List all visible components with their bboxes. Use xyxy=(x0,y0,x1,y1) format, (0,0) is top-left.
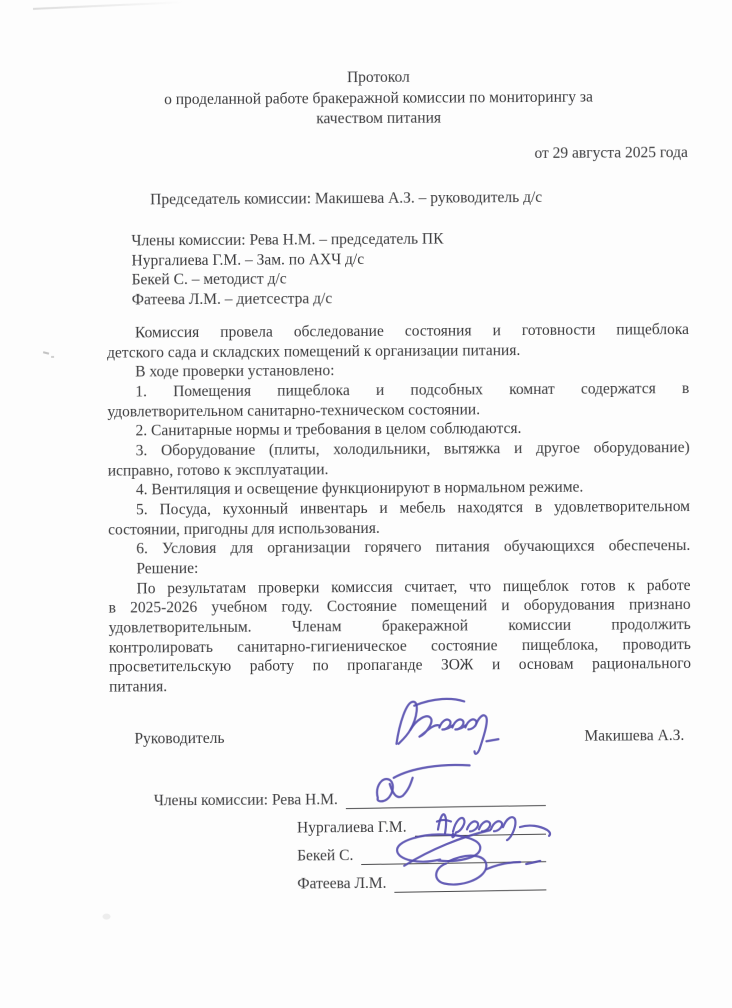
chairman-line: Председатель комиссии: Макишева А.З. – р… xyxy=(150,188,710,209)
title-line-2: о проделанной работе бракеражной комисси… xyxy=(87,87,669,111)
scan-artifact xyxy=(33,1,183,10)
leader-signature-name: Макишева А.З. xyxy=(584,727,684,746)
scanned-document-page: Протокол о проделанной работе бракеражно… xyxy=(0,0,732,1008)
members-intro-line: Фатеева Л.М. – диетсестра д/с xyxy=(132,287,692,310)
member-signature-label: Члены комиссии: Рева Н.М. xyxy=(154,791,346,810)
member-signature-label: Бекей С. xyxy=(297,847,361,865)
leader-signature-label: Руководитель xyxy=(134,730,224,749)
title-line-3: качеством питания xyxy=(88,107,670,131)
document-sheet: Протокол о проделанной работе бракеражно… xyxy=(0,0,732,1008)
member-signature-image-fateeva xyxy=(422,849,552,894)
body-line: 1. Помещения пищеблока и подсобных комна… xyxy=(107,379,689,402)
members-intro: Члены комиссии: Рева Н.М. – председатель… xyxy=(131,228,691,310)
scan-artifact xyxy=(51,356,54,358)
body-line: 6. Условия для организации горячего пита… xyxy=(108,536,690,559)
leader-signature-image xyxy=(386,689,504,760)
scan-artifact xyxy=(102,914,110,920)
body-line: просветительскую работу по пропаганде ЗО… xyxy=(109,654,691,677)
body-line: 5. Посуда, кухонный инвентарь и мебель н… xyxy=(108,497,690,520)
document-date: от 29 августа 2025 года xyxy=(106,144,688,166)
document-body: Комиссия провела обследование состояния … xyxy=(107,320,691,697)
scan-artifact xyxy=(43,351,49,354)
body-line: Комиссия провела обследование состояния … xyxy=(107,320,689,343)
member-signature-label: Фатеева Л.М. xyxy=(297,875,394,894)
body-line: 3. Оборудование (плиты, холодильники, вы… xyxy=(108,438,690,461)
document-title: Протокол о проделанной работе бракеражно… xyxy=(87,66,669,131)
